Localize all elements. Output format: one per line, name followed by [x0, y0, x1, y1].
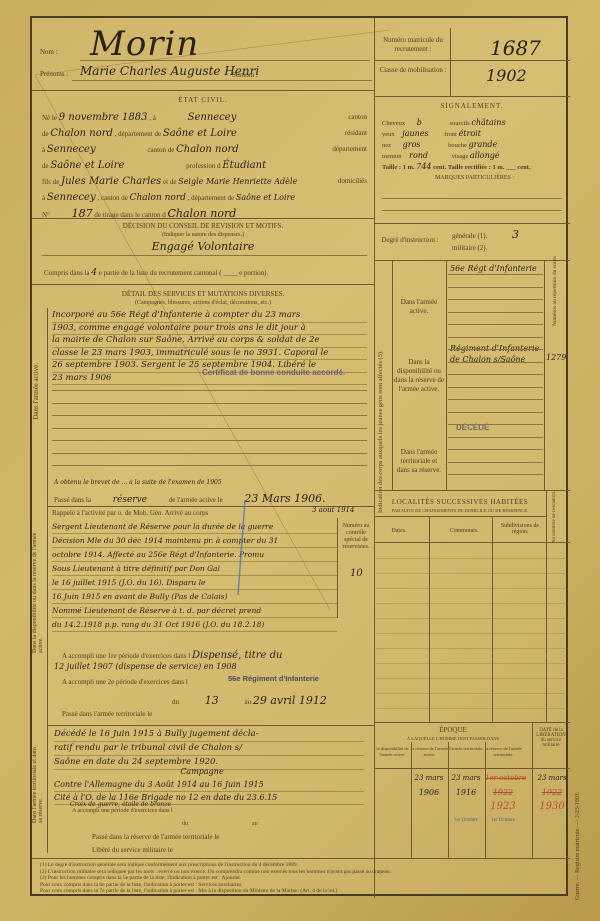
diagonal-strike-line: [0, 0, 600, 921]
